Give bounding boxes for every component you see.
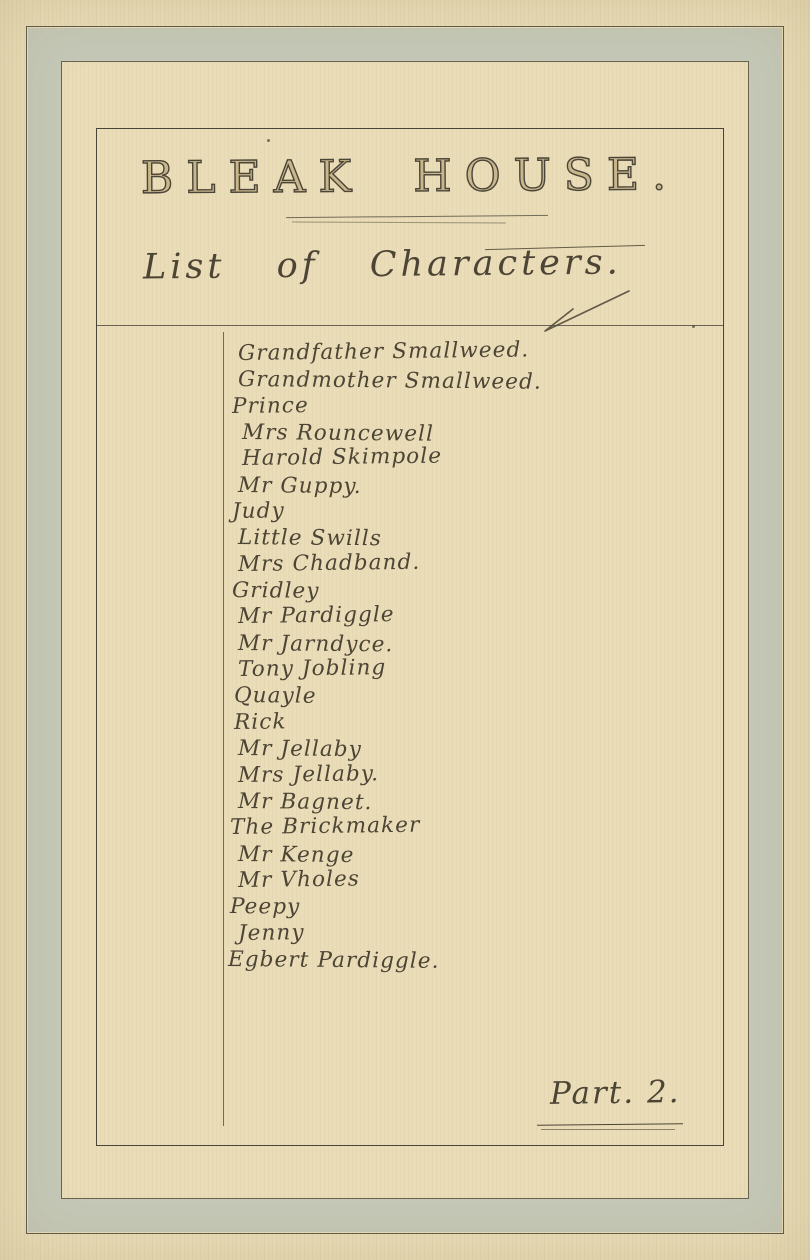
character-name: Judy [232, 493, 698, 525]
title-underline-second [292, 221, 506, 223]
subtitle: List of Characters. [143, 242, 622, 287]
part-label: Part. 2. [550, 1074, 681, 1112]
character-list: Grandfather Smallweed. Grandmother Small… [238, 341, 698, 973]
character-name: Prince [232, 388, 698, 420]
character-name: Egbert Pardiggle. [228, 947, 698, 977]
section-divider-rule [96, 325, 724, 326]
part-label-underline-second [541, 1129, 675, 1130]
page-title: BLEAK HOUSE. [97, 149, 723, 204]
character-name: Grandfather Smallweed. [238, 335, 698, 367]
character-name: Tony Jobling [238, 652, 698, 684]
part-label-underline [537, 1123, 683, 1126]
character-name: Rick [234, 704, 698, 736]
subtitle-flourish [517, 287, 637, 339]
ink-speck [692, 325, 695, 328]
character-name: Mrs Jellaby. [238, 757, 698, 789]
content-panel: BLEAK HOUSE. List of Characters. Grandfa… [96, 128, 724, 1146]
character-name: Mr Vholes [238, 862, 698, 894]
title-underline [286, 215, 548, 218]
character-name: Mr Pardiggle [238, 599, 698, 631]
ink-speck [267, 139, 270, 142]
character-name: Mrs Chadband. [238, 546, 698, 578]
manuscript-page: { "document": { "title": "BLEAK HOUSE.",… [0, 0, 810, 1260]
character-name: Harold Skimpole [242, 441, 698, 473]
character-name: Jenny [238, 915, 698, 947]
character-name: The Brickmaker [230, 809, 698, 841]
list-margin-rule [223, 332, 224, 1126]
